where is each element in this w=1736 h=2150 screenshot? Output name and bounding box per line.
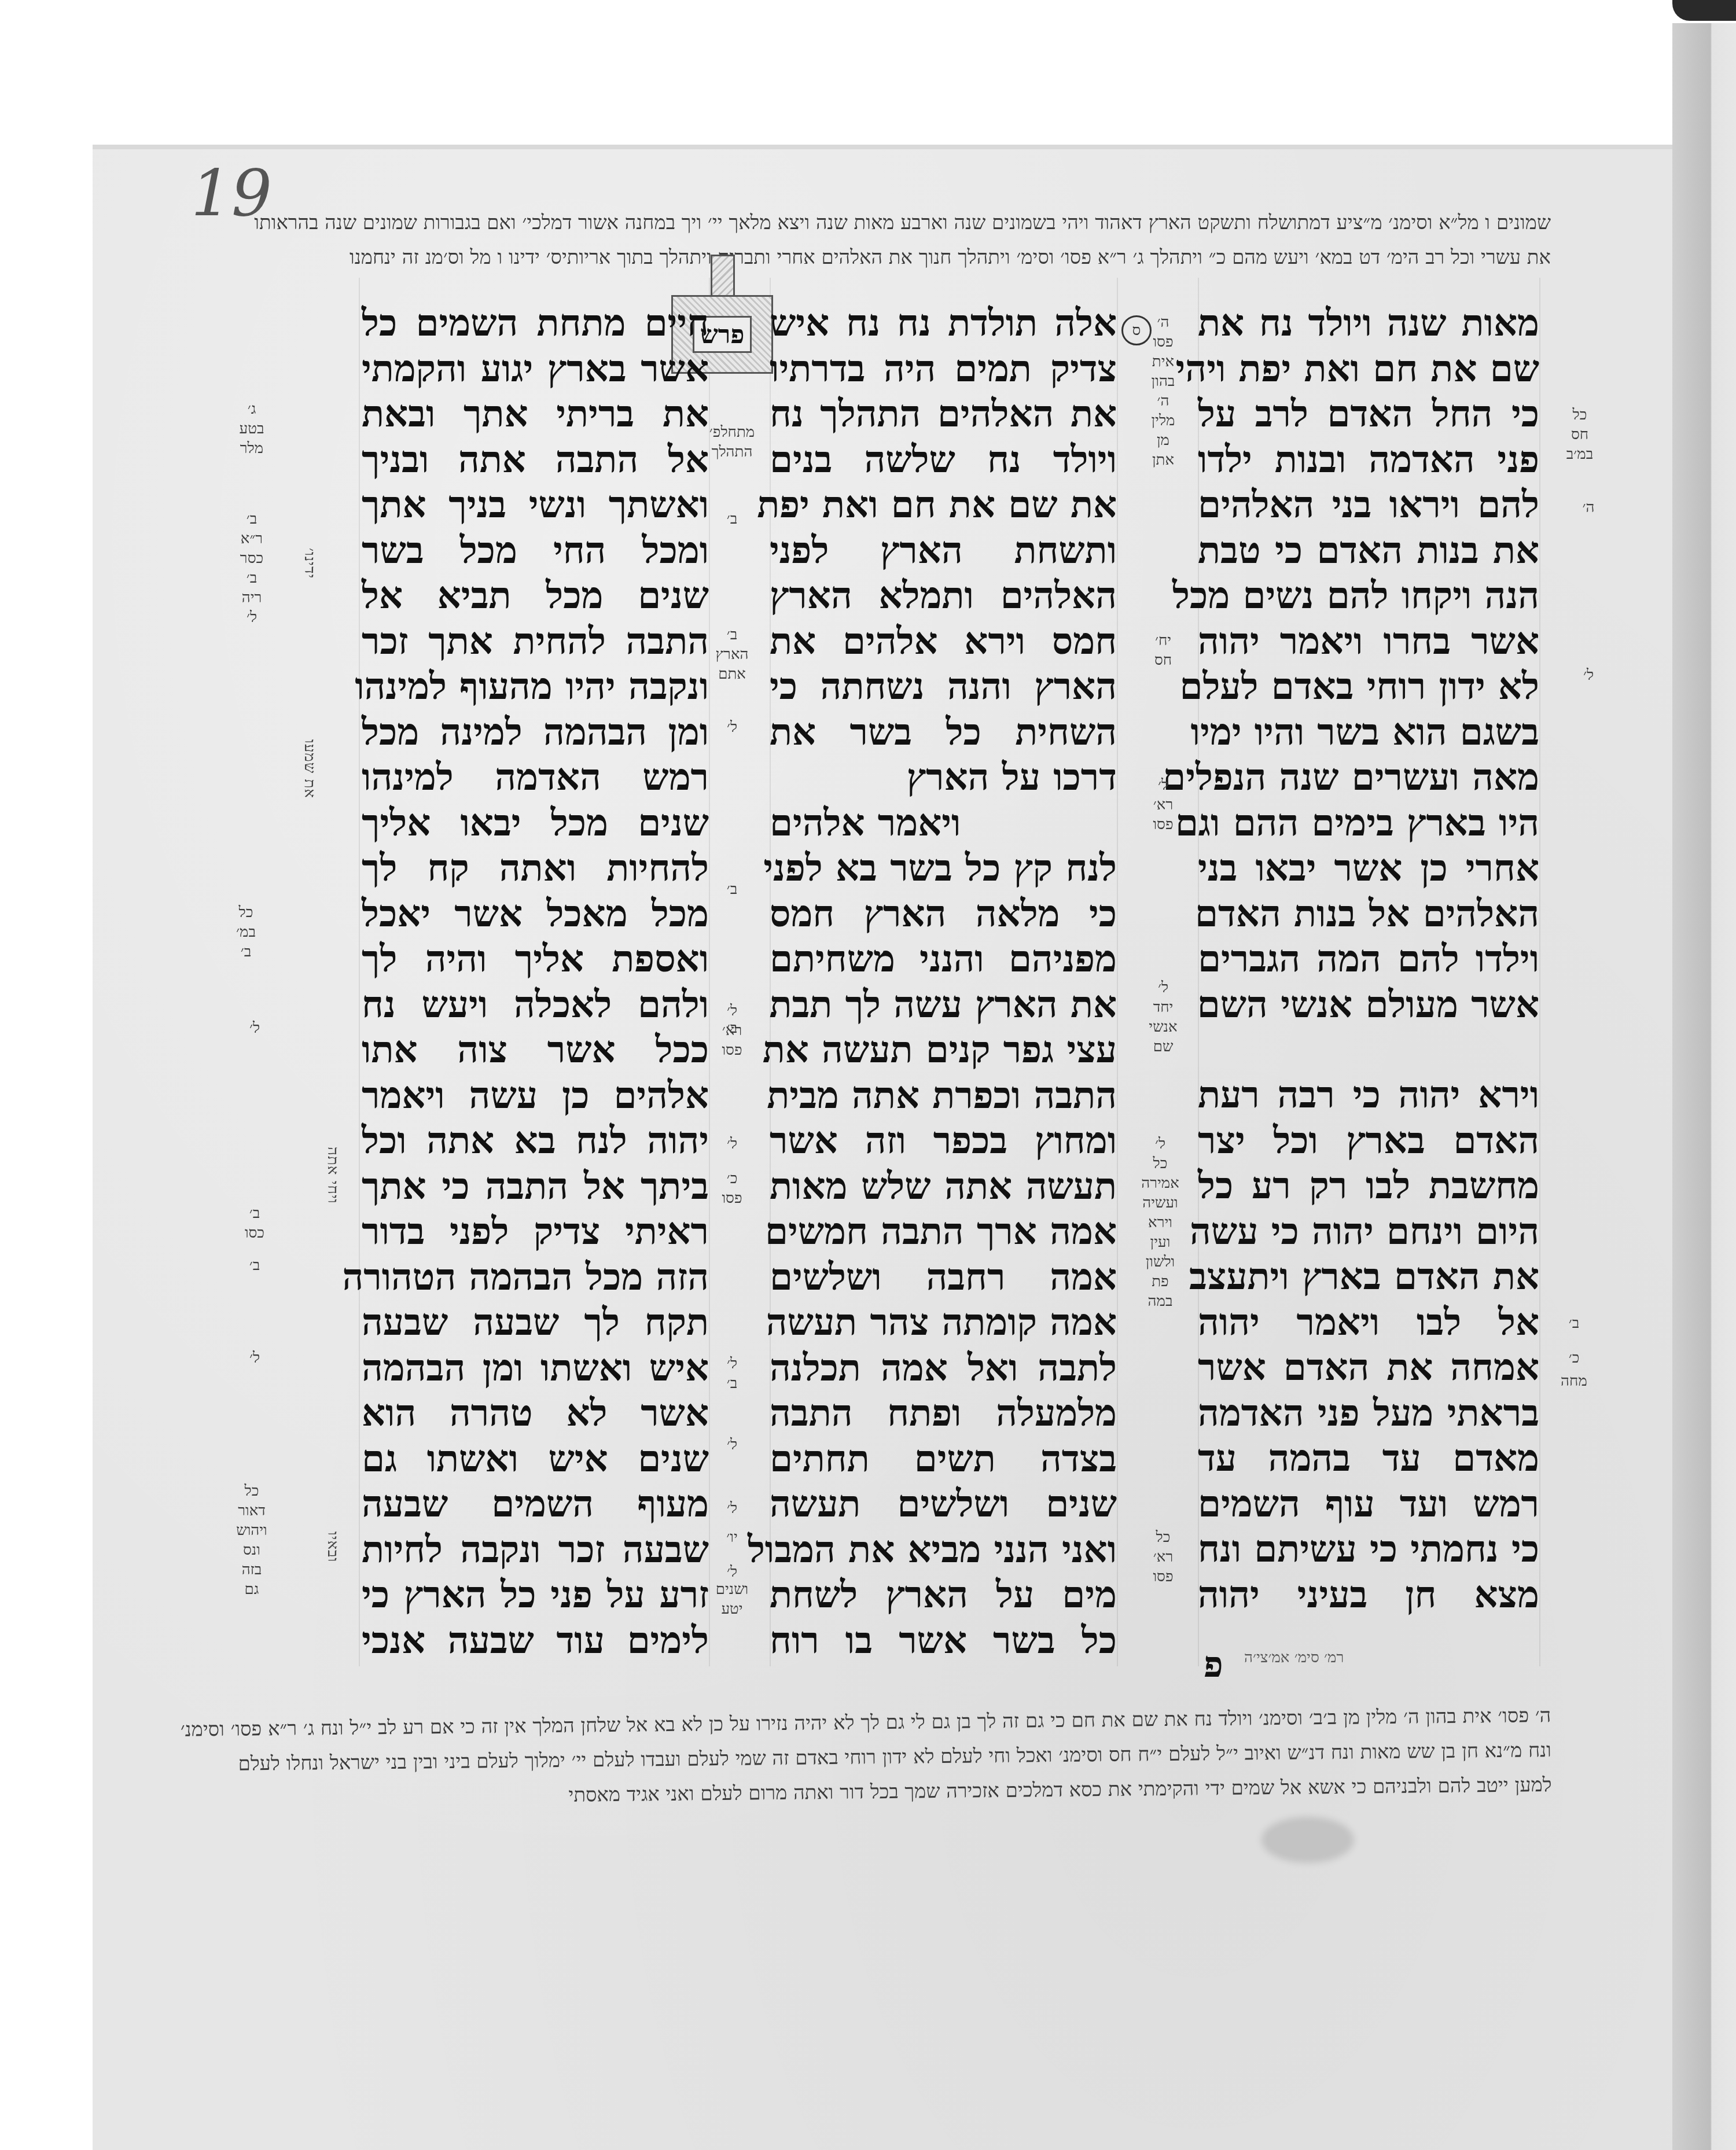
mp-note: ה׳	[1580, 498, 1597, 517]
text-line: כי מלאה הארץ חמס	[770, 892, 1117, 937]
masorah-parva-left: ב׳ כסו	[243, 1203, 266, 1243]
mp-note: מחה	[1557, 1371, 1591, 1391]
text-line: מים על הארץ לשחת	[770, 1573, 1117, 1618]
text-line: בראתי מעל פני האדמה	[1198, 1391, 1539, 1437]
mp-note: חס	[1562, 425, 1597, 444]
mp-note: ל׳	[712, 1001, 752, 1021]
masorah-parva-left: ב׳ ר״א כסר ב׳ ריה ל׳	[231, 509, 272, 627]
mp-note: ויהוש	[231, 1521, 272, 1540]
text-line: התבה וכפרת אתה מבית	[770, 1073, 1117, 1119]
mp-note: כל	[231, 1481, 272, 1501]
text-line: להם ויראו בני האלהים	[1198, 483, 1539, 528]
mp-note: ל׳	[718, 1354, 746, 1374]
text-line: אשר מעולם אנשי השם	[1198, 982, 1539, 1028]
text-line: ככל אשר צוה אתו	[362, 1028, 709, 1073]
mp-note: כל	[226, 903, 266, 922]
mp-note: אמירה	[1137, 1173, 1183, 1193]
masorah-parva-right: כל חס במ׳ב	[1562, 405, 1597, 464]
text-line: היום וינחם יהוה כי עשה	[1198, 1209, 1539, 1255]
text-line: ויאמר אלהים	[770, 801, 1117, 846]
mp-note: כסר	[231, 548, 272, 568]
mp-note: בהון	[1143, 371, 1183, 391]
text-line: ביתך אל התבה כי אתך	[362, 1164, 709, 1210]
text-line: האלהים ותמלא הארץ	[770, 573, 1117, 619]
mp-note: פסו	[1143, 1567, 1183, 1586]
mp-note: ושנים	[706, 1580, 758, 1599]
text-line: פני האדמה ובנות ילדו	[1198, 437, 1539, 483]
mp-note: רא׳	[1143, 795, 1183, 815]
mp-note: הארץ	[712, 645, 752, 664]
mp-note: ל׳	[1143, 978, 1183, 997]
text-line: אמה רחבה ושלשים	[770, 1255, 1117, 1301]
text-line: היו בארץ בימים ההם וגם	[1198, 801, 1539, 846]
text-line: את בריתי אתך ובאת	[362, 392, 709, 437]
masorah-parva-left: כל במ׳ ב׳	[226, 903, 266, 962]
masorah-vertical-note: ויחי אתה	[324, 972, 341, 1203]
text-line: ואספת אליך והיה לך	[362, 937, 709, 982]
masorah-vertical-note: את שמעו	[301, 579, 318, 798]
masorah-line: את עשרי וכל רב הימ׳ דט במא׳ ויעש מהם כ״ …	[266, 240, 1551, 275]
mp-note: גם	[231, 1580, 272, 1599]
text-line: וילדו להם המה הגברים	[1198, 937, 1539, 982]
mp-note: ל׳	[1137, 1134, 1183, 1154]
masorah-parva-between-middle-left: ב׳ הארץ אתם	[712, 625, 752, 684]
text-line: את האלהים התהלך נח	[770, 392, 1117, 437]
mp-note: ב׳	[718, 879, 746, 899]
mp-note: יחד	[1143, 997, 1183, 1017]
text-line: אשר בארץ יגוע והקמתי	[362, 347, 709, 392]
page-top-edge	[93, 145, 1672, 149]
text-line: רמש ועד עוף השמים	[1198, 1482, 1539, 1527]
masorah-line: שמונים ו מל״א וסימנ׳ מ״ציע דמתושלח ותשקט…	[266, 205, 1551, 240]
text-line: ומחוץ בכפר וזה אשר	[770, 1118, 1117, 1164]
text-line: מחשבת לבו רק רע כל	[1198, 1164, 1539, 1209]
text-line: השחית כל בשר את	[770, 710, 1117, 756]
mp-note: ל׳	[718, 1562, 746, 1582]
text-line: הזה מכל הבהמה הטהורה	[362, 1255, 709, 1301]
mp-note: שם	[1143, 1037, 1183, 1056]
text-line: אלה תולדת נח נח איש	[770, 301, 1117, 347]
text-line: האלהים אל בנות האדם	[1198, 892, 1539, 937]
text-line: ונקבה יהיו מהעוף למינהו	[362, 664, 709, 710]
petucha-marker: פ	[1204, 1643, 1223, 1686]
masorah-parva-between-middle-left: ושנים יטע	[706, 1580, 758, 1619]
masorah-parva-between-middle-left: מתחלפ׳ התהלך	[706, 422, 758, 462]
masorah-parva-between-right-middle: יח׳ חס	[1143, 631, 1183, 670]
text-column-left: חיים מתחת השמים כל אשר בארץ יגוע והקמתי …	[362, 301, 709, 1663]
text-line: את שם את חם ואת יפת	[770, 483, 1117, 528]
text-line: אמחה את האדם אשר	[1198, 1345, 1539, 1391]
text-line: כי נחמתי כי עשיתם ונח	[1198, 1527, 1539, 1573]
mp-note: ל׳	[718, 1134, 746, 1154]
text-line: בשגם הוא בשר והיו ימיו	[1198, 710, 1539, 756]
text-line: ראיתי צדיק לפני בדור	[362, 1209, 709, 1255]
mp-note: אנשי	[1143, 1017, 1183, 1037]
masorah-magna-top: שמונים ו מל״א וסימנ׳ מ״ציע דמתושלח ותשקט…	[266, 205, 1551, 275]
mp-note: כסו	[243, 1223, 266, 1243]
ruling-line	[1117, 278, 1118, 1666]
text-line: את הארץ עשה לך תבת	[770, 982, 1117, 1028]
mp-note: בטע	[231, 419, 272, 439]
mp-note: ה׳	[1143, 391, 1183, 411]
text-line: לא ידון רוחי באדם לעלם	[1198, 664, 1539, 710]
text-line: שנים מכל יבאו אליך	[362, 801, 709, 846]
text-line: שנים איש ואשתו גם	[362, 1437, 709, 1482]
text-line: זרע על פני כל הארץ כי	[362, 1573, 709, 1618]
text-line: אמה קומתה צהר תעשה	[770, 1300, 1117, 1346]
mp-note: ל׳	[718, 1499, 746, 1518]
text-line: אל התבה אתה ובניך	[362, 437, 709, 483]
mp-note: כל	[1143, 1527, 1183, 1547]
text-line: מלמעלה ופתח התבה	[770, 1391, 1117, 1437]
text-line: ותשחת הארץ לפני	[770, 528, 1117, 574]
text-line: בצדה תשים תחתים	[770, 1437, 1117, 1482]
mp-note: כל	[1137, 1154, 1183, 1173]
text-line: רמש האדמה למינהו	[362, 755, 709, 801]
mp-note: ל׳	[718, 717, 746, 737]
mp-note: פסו	[1143, 332, 1183, 352]
text-line: צדיק תמים היה בדרתיו	[770, 347, 1117, 392]
mp-note: מן	[1143, 430, 1183, 450]
mp-note: ל׳	[231, 608, 272, 627]
mp-note: ל׳	[243, 1348, 266, 1368]
mp-note: פסו	[1143, 815, 1183, 834]
masorah-vertical-note: ובאיו	[324, 1273, 341, 1562]
text-line: מאה ועשרים שנה הנפלים	[1198, 755, 1539, 801]
column-end-note: רמ׳ סימ׳ אמ׳צי׳ה	[1244, 1649, 1344, 1666]
masorah-parva-between-right-middle: כל רא׳ פסו	[1143, 1527, 1183, 1586]
text-line: הנה ויקחו להם נשים מכל	[1198, 573, 1539, 619]
mp-note: ב׳	[243, 1203, 266, 1223]
mp-note: בזה	[231, 1560, 272, 1580]
text-line: שנים ושלשים תעשה	[770, 1482, 1117, 1527]
binding-corner	[1672, 0, 1736, 21]
mp-note: רא׳	[712, 1021, 752, 1040]
text-line: כל בשר אשר בו רוח	[770, 1618, 1117, 1664]
text-line: כי החל האדם לרב על	[1198, 392, 1539, 437]
blank-line	[1198, 1028, 1539, 1073]
parasha-ornament-stem	[711, 255, 735, 298]
text-line: ואני הנני מביא את המבול	[770, 1527, 1117, 1573]
text-line: שם את חם ואת יפת ויהי	[1198, 347, 1539, 392]
text-line: חיים מתחת השמים כל	[362, 301, 709, 347]
text-line: תקח לך שבעה שבעה	[362, 1300, 709, 1346]
masorah-parva-between-right-middle: ל׳ כל אמירה ועשיה וירא ועין ולשון פת במה	[1137, 1134, 1183, 1311]
text-line: לנח קץ כל בשר בא לפני	[770, 846, 1117, 892]
mp-note: ולשון	[1137, 1252, 1183, 1272]
text-line: אשר בחרו ויאמר יהוה	[1198, 619, 1539, 665]
text-line: ולהם לאכלה ויעש נח	[362, 982, 709, 1028]
mp-note: ג׳	[231, 399, 272, 419]
mp-note: ריה	[231, 588, 272, 608]
mp-note: אתן	[1143, 450, 1183, 470]
mp-note: ב׳	[718, 509, 746, 529]
mp-note: יו׳	[718, 1527, 746, 1547]
masorah-parva-between-right-middle: ה׳ פסו אית בהון ה׳ מלין מן אתן	[1143, 312, 1183, 470]
binding-gutter	[1672, 23, 1736, 2150]
text-column-middle: אלה תולדת נח נח איש צדיק תמים היה בדרתיו…	[770, 301, 1117, 1663]
mp-note: יח׳	[1143, 631, 1183, 650]
mp-note: רא׳	[1143, 1547, 1183, 1567]
text-line: יהוה לנח בא אתה וכל	[362, 1118, 709, 1164]
text-line: אלהים כן עשה ויאמר	[362, 1073, 709, 1119]
mp-note: ב׳	[231, 568, 272, 588]
text-line: לימים עוד שבעה אנכי	[362, 1618, 709, 1664]
text-line: ומכל החי מכל בשר	[362, 528, 709, 574]
mp-note: במ׳ב	[1562, 444, 1597, 464]
masorah-parva-between-middle-left: ל׳ רא׳ פסו	[712, 1001, 752, 1060]
mp-note: אית	[1143, 352, 1183, 371]
text-line: אשר לא טהרה הוא	[362, 1391, 709, 1437]
mp-note: פסו	[712, 1040, 752, 1060]
mp-note: במה	[1137, 1291, 1183, 1311]
mp-note: ב׳	[1562, 1313, 1586, 1333]
ruling-line	[709, 278, 710, 1666]
text-line: דרכו על הארץ	[770, 755, 1117, 801]
text-line: וירא יהוה כי רבה רעת	[1198, 1073, 1539, 1118]
mp-note: כ׳	[1562, 1348, 1586, 1368]
mp-note: במ׳	[226, 922, 266, 942]
mp-note: ה׳	[1143, 312, 1183, 332]
text-line: האדם בארץ וכל יצר	[1198, 1118, 1539, 1164]
mp-note: כ׳	[712, 1169, 752, 1188]
mp-note: אתם	[712, 664, 752, 684]
text-line: את האדם בארץ ויתעצב	[1198, 1254, 1539, 1300]
text-line: מכל מאכל אשר יאכל	[362, 892, 709, 937]
mp-note: ב׳	[226, 942, 266, 962]
mp-note: כל	[1562, 405, 1597, 425]
mp-note: ל׳	[243, 1018, 266, 1038]
mp-note: ל׳	[1143, 775, 1183, 795]
text-line: הארץ והנה נשחתה כי	[770, 664, 1117, 710]
mp-note: ל׳	[718, 1435, 746, 1455]
mp-note: מתחלפ׳	[706, 422, 758, 442]
text-line: עצי גפר קנים תעשה את	[770, 1028, 1117, 1073]
masorah-parva-between-middle-left: ל׳ ב׳	[718, 1354, 746, 1393]
text-line: שנים מכל תביא אל	[362, 573, 709, 619]
mp-note: ר״א	[231, 529, 272, 548]
text-line: אל לבו ויאמר יהוה	[1198, 1300, 1539, 1346]
mp-note: פסו	[712, 1188, 752, 1208]
text-line: מאדם עד בהמה עד	[1198, 1436, 1539, 1482]
masorah-magna-bottom: ה׳ פסו׳ אית בהון ה׳ מלין מן ב׳ב׳ וסימנ׳ …	[220, 1698, 1552, 1816]
text-line: תעשה אתה שלש מאות	[770, 1164, 1117, 1210]
text-line: מאות שנה ויולד נח את	[1198, 301, 1539, 347]
text-line: ויולד נח שלשה בנים	[770, 437, 1117, 483]
masorah-parva-left: ג׳ בטע מלר	[231, 399, 272, 458]
mp-note: ועין	[1137, 1232, 1183, 1252]
mp-note: ל׳	[1580, 665, 1597, 685]
ruling-line	[1539, 278, 1540, 1666]
text-line: שבעה זכר ונקבה לחיות	[362, 1527, 709, 1573]
mp-note: ועשיה	[1137, 1193, 1183, 1213]
text-line: אחרי כן אשר יבאו בני	[1198, 846, 1539, 892]
mp-note: מלין	[1143, 411, 1183, 430]
ruling-line	[359, 278, 360, 1666]
text-line: מעוף השמים שבעה	[362, 1482, 709, 1527]
masorah-parva-between-right-middle: ל׳ יחד אנשי שם	[1143, 978, 1183, 1056]
text-line: חמס וירא אלהים את	[770, 619, 1117, 665]
stain	[1261, 1817, 1354, 1863]
mp-note: וירא	[1137, 1213, 1183, 1232]
mp-note: פת	[1137, 1272, 1183, 1291]
text-line: איש ואשתו ומן הבהמה	[362, 1346, 709, 1391]
text-column-right: מאות שנה ויולד נח את שם את חם ואת יפת וי…	[1198, 301, 1539, 1618]
mp-note: ונס	[231, 1540, 272, 1560]
text-line: לתבה ואל אמה תכלנה	[770, 1346, 1117, 1391]
masorah-parva-between-middle-left: כ׳ פסו	[712, 1169, 752, 1208]
mp-note: דאור	[231, 1501, 272, 1521]
mp-note: התהלך	[706, 442, 758, 462]
mp-note: חס	[1143, 650, 1183, 670]
text-line: ואשתך ונשי בניך אתך	[362, 483, 709, 528]
text-line: אמה ארך התבה חמשים	[770, 1209, 1117, 1255]
text-line: להחיות ואתה קח לך	[362, 846, 709, 892]
text-line: את בנות האדם כי טבת	[1198, 528, 1539, 574]
text-line: התבה להחית אתך זכר	[362, 619, 709, 665]
mp-note: מלר	[231, 439, 272, 458]
masorah-vertical-note: ידינו׳	[301, 324, 318, 579]
mp-note: יטע	[706, 1599, 758, 1619]
masorah-parva-between-right-middle: ל׳ רא׳ פסו	[1143, 775, 1183, 834]
text-line: ומן הבהמה למינה מכל	[362, 710, 709, 756]
text-line: מצא חן בעיני יהוה	[1198, 1573, 1539, 1618]
masorah-parva-left: כל דאור ויהוש ונס בזה גם	[231, 1481, 272, 1599]
mp-note: ב׳	[718, 1374, 746, 1393]
text-line: מפניהם והנני משחיתם	[770, 937, 1117, 982]
mp-note: ב׳	[231, 509, 272, 529]
mp-note: ב׳	[243, 1256, 266, 1275]
mp-note: ב׳	[712, 625, 752, 645]
